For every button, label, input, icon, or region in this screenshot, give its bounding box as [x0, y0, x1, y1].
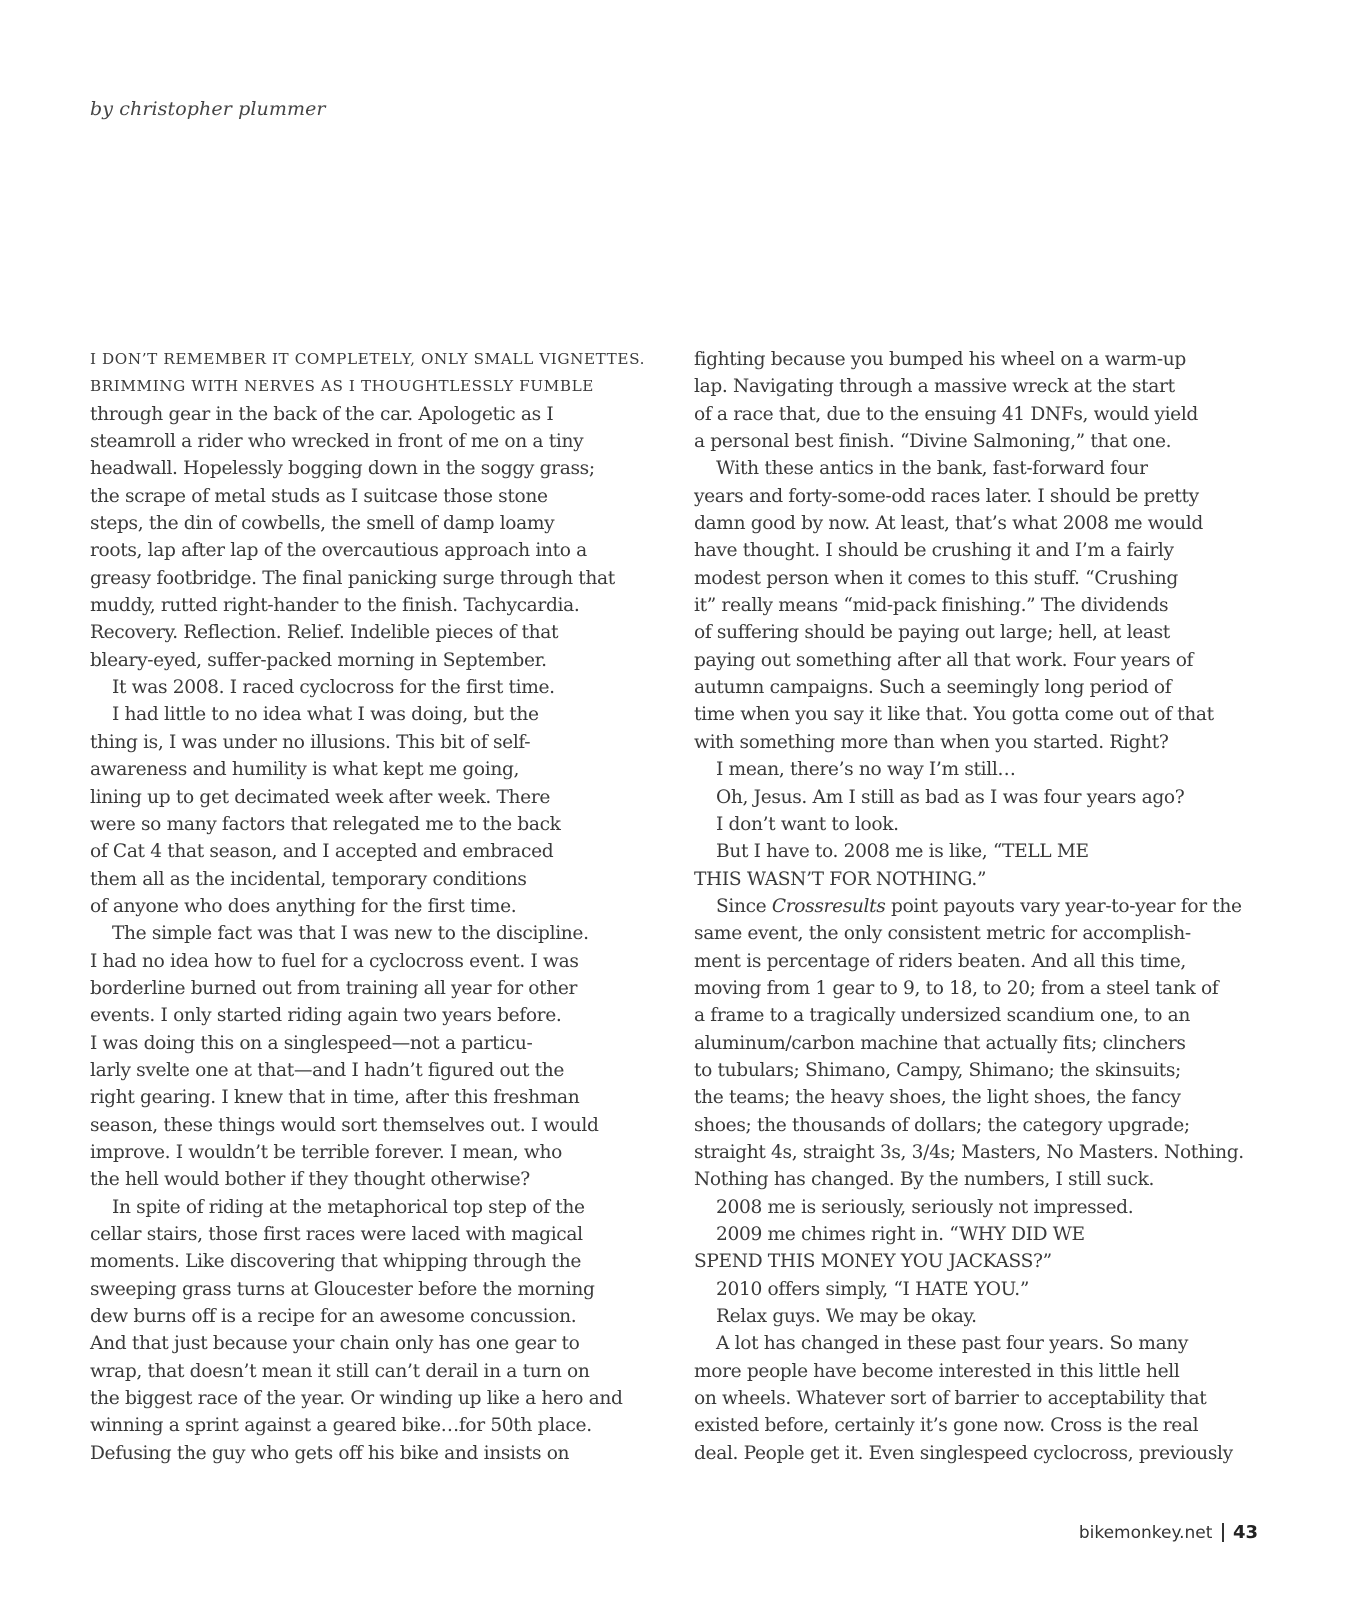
text-line: were so many factors that relegated me t… [90, 811, 670, 838]
page-footer: bikemonkey.net 43 [1079, 1522, 1258, 1543]
text-line: right gearing. I knew that in time, afte… [90, 1084, 670, 1111]
byline: by christopher plummer [90, 98, 326, 120]
text-line: the hell would bother if they thought ot… [90, 1166, 670, 1193]
text-line: muddy, rutted right-hander to the finish… [90, 592, 670, 619]
footer-divider [1222, 1523, 1224, 1542]
text-line: SPEND THIS MONEY YOU JACKASS?” [694, 1248, 1274, 1275]
text-line: It was 2008. I raced cyclocross for the … [90, 674, 670, 701]
text-line: with something more than when you starte… [694, 729, 1274, 756]
text-line: Recovery. Reflection. Relief. Indelible … [90, 619, 670, 646]
text-line: on wheels. Whatever sort of barrier to a… [694, 1385, 1274, 1412]
text-fragment: Since [716, 896, 772, 917]
text-line: aluminum/carbon machine that actually fi… [694, 1030, 1274, 1057]
text-line: Relax guys. We may be okay. [694, 1303, 1274, 1330]
text-line: the biggest race of the year. Or winding… [90, 1385, 670, 1412]
text-line: shoes; the thousands of dollars; the cat… [694, 1112, 1274, 1139]
text-line: through gear in the back of the car. Apo… [90, 401, 670, 428]
text-line: larly svelte one at that—and I hadn’t fi… [90, 1057, 670, 1084]
text-line: deal. People get it. Even singlespeed cy… [694, 1440, 1274, 1467]
text-line: the teams; the heavy shoes, the light sh… [694, 1084, 1274, 1111]
text-line: Nothing has changed. By the numbers, I s… [694, 1166, 1274, 1193]
text-line: events. I only started riding again two … [90, 1002, 670, 1029]
text-line: modest person when it comes to this stuf… [694, 565, 1274, 592]
text-line: 2008 me is seriously, seriously not impr… [694, 1194, 1274, 1221]
text-line: With these antics in the bank, fast-forw… [694, 455, 1274, 482]
text-line: it” really means “mid-pack finishing.” T… [694, 592, 1274, 619]
text-line: In spite of riding at the metaphorical t… [90, 1194, 670, 1221]
text-line: awareness and humility is what kept me g… [90, 756, 670, 783]
text-line: I don’t remember it completely, only sma… [90, 346, 670, 373]
text-line: steamroll a rider who wrecked in front o… [90, 428, 670, 455]
text-line: moving from 1 gear to 9, to 18, to 20; f… [694, 975, 1274, 1002]
text-line: paying out something after all that work… [694, 647, 1274, 674]
text-line: more people have become interested in th… [694, 1358, 1274, 1385]
text-line: And that just because your chain only ha… [90, 1330, 670, 1357]
text-line: Oh, Jesus. Am I still as bad as I was fo… [694, 784, 1274, 811]
text-line: Since Crossresults point payouts vary ye… [694, 893, 1274, 920]
text-line: years and forty-some-odd races later. I … [694, 483, 1274, 510]
text-line: lining up to get decimated week after we… [90, 784, 670, 811]
text-line: moments. Like discovering that whipping … [90, 1248, 670, 1275]
text-line: dew burns off is a recipe for an awesome… [90, 1303, 670, 1330]
text-line: of Cat 4 that season, and I accepted and… [90, 838, 670, 865]
text-line: damn good by now. At least, that’s what … [694, 510, 1274, 537]
text-line: I had no idea how to fuel for a cyclocro… [90, 948, 670, 975]
text-line: borderline burned out from training all … [90, 975, 670, 1002]
text-line: lap. Navigating through a massive wreck … [694, 373, 1274, 400]
text-line: fighting because you bumped his wheel on… [694, 346, 1274, 373]
text-line: I don’t want to look. [694, 811, 1274, 838]
text-line: same event, the only consistent metric f… [694, 920, 1274, 947]
text-line: 2009 me chimes right in. “WHY DID WE [694, 1221, 1274, 1248]
text-line: thing is, I was under no illusions. This… [90, 729, 670, 756]
text-line: bleary-eyed, suffer-packed morning in Se… [90, 647, 670, 674]
text-line: of suffering should be paying out large;… [694, 619, 1274, 646]
text-line: a frame to a tragically undersized scand… [694, 1002, 1274, 1029]
text-line: them all as the incidental, temporary co… [90, 866, 670, 893]
text-line: I was doing this on a singlespeed—not a … [90, 1030, 670, 1057]
text-line: sweeping grass turns at Gloucester befor… [90, 1276, 670, 1303]
text-line: steps, the din of cowbells, the smell of… [90, 510, 670, 537]
text-line: cellar stairs, those first races were la… [90, 1221, 670, 1248]
text-line: of a race that, due to the ensuing 41 DN… [694, 401, 1274, 428]
text-line: roots, lap after lap of the overcautious… [90, 537, 670, 564]
text-line: existed before, certainly it’s gone now.… [694, 1412, 1274, 1439]
text-line: the scrape of metal studs as I suitcase … [90, 483, 670, 510]
text-line: The simple fact was that I was new to th… [90, 920, 670, 947]
text-line: 2010 offers simply, “I HATE YOU.” [694, 1276, 1274, 1303]
text-line: I mean, there’s no way I’m still… [694, 756, 1274, 783]
text-line: I had little to no idea what I was doing… [90, 701, 670, 728]
text-line: winning a sprint against a geared bike…f… [90, 1412, 670, 1439]
text-line: Defusing the guy who gets off his bike a… [90, 1440, 670, 1467]
text-line: greasy footbridge. The final panicking s… [90, 565, 670, 592]
text-line: time when you say it like that. You gott… [694, 701, 1274, 728]
text-line: to tubulars; Shimano, Campy, Shimano; th… [694, 1057, 1274, 1084]
text-line: improve. I wouldn’t be terrible forever.… [90, 1139, 670, 1166]
text-line: ment is percentage of riders beaten. And… [694, 948, 1274, 975]
text-line: have thought. I should be crushing it an… [694, 537, 1274, 564]
text-line: But I have to. 2008 me is like, “TELL ME [694, 838, 1274, 865]
right-column: fighting because you bumped his wheel on… [694, 346, 1274, 1467]
text-line: headwall. Hopelessly bogging down in the… [90, 455, 670, 482]
text-line: season, these things would sort themselv… [90, 1112, 670, 1139]
text-fragment: point payouts vary year-to-year for the [885, 896, 1241, 917]
text-line: of anyone who does anything for the firs… [90, 893, 670, 920]
page-number: 43 [1233, 1522, 1258, 1543]
text-line: a personal best finish. “Divine Salmonin… [694, 428, 1274, 455]
text-line: Brimming with nerves as I thoughtlessly … [90, 373, 670, 400]
text-line: THIS WASN’T FOR NOTHING.” [694, 866, 1274, 893]
text-line: autumn campaigns. Such a seemingly long … [694, 674, 1274, 701]
publication-title: Crossresults [772, 896, 886, 917]
site-name: bikemonkey.net [1079, 1523, 1213, 1543]
text-line: A lot has changed in these past four yea… [694, 1330, 1274, 1357]
text-line: wrap, that doesn’t mean it still can’t d… [90, 1358, 670, 1385]
left-column: I don’t remember it completely, only sma… [90, 346, 670, 1467]
text-line: straight 4s, straight 3s, 3/4s; Masters,… [694, 1139, 1274, 1166]
